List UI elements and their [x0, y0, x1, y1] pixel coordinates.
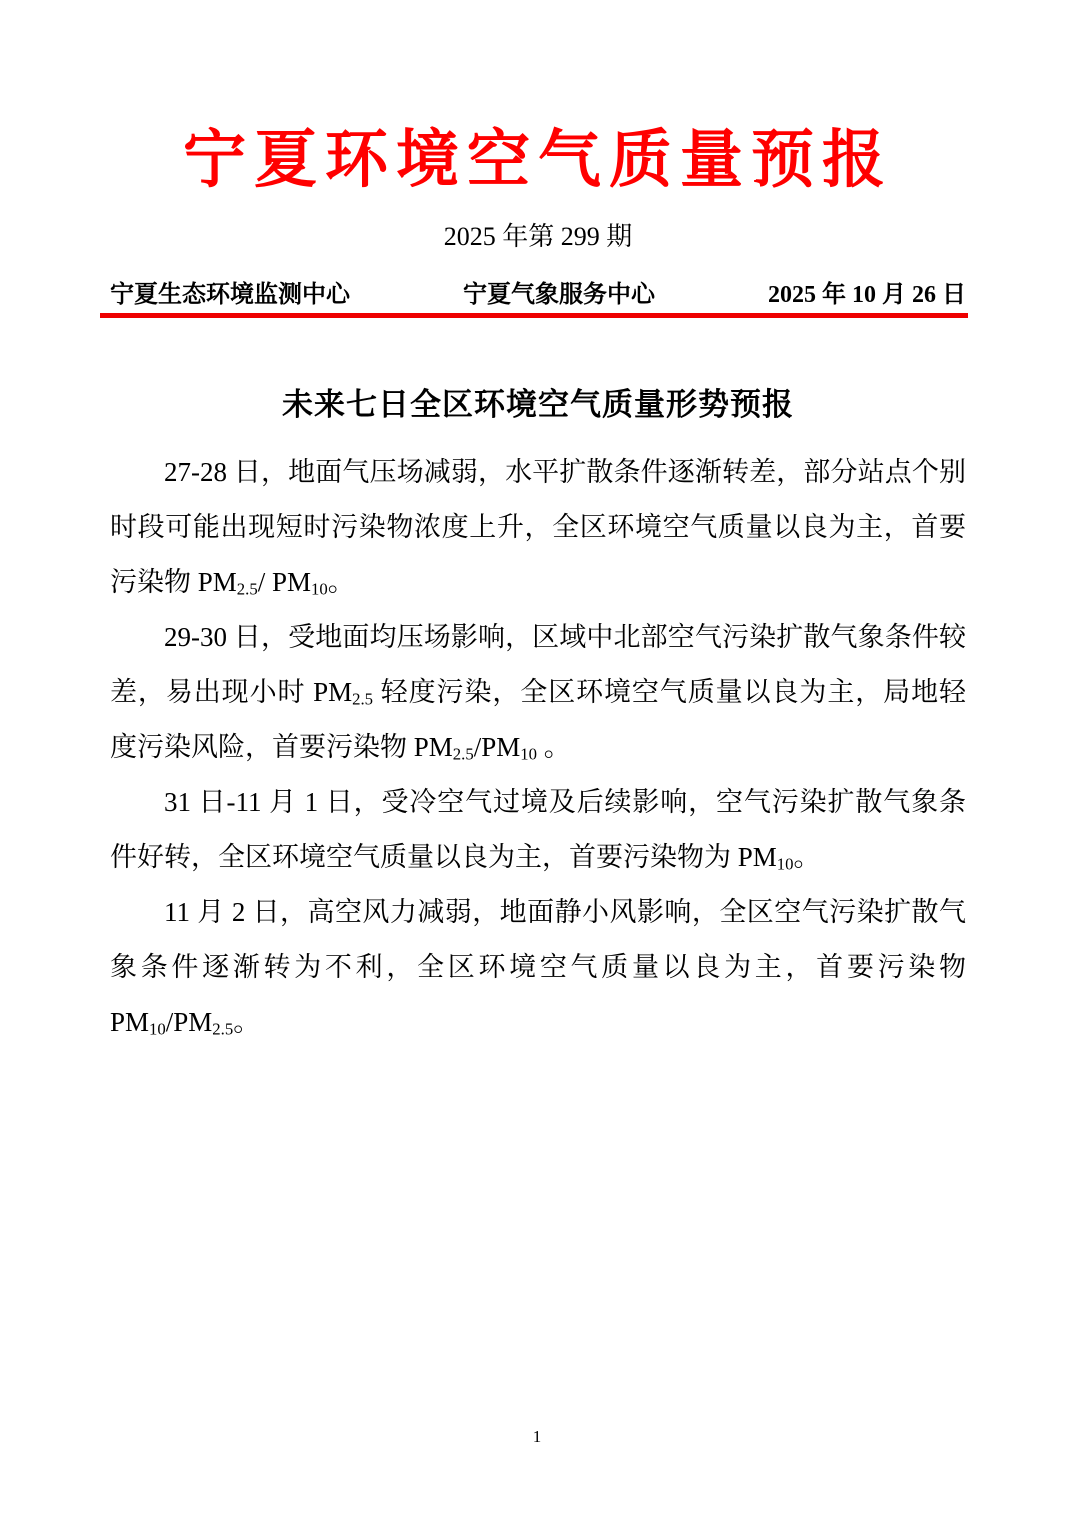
pollutant-subscript: 10 — [777, 855, 794, 874]
pollutant-subscript: 2.5 — [237, 580, 258, 599]
pollutant-subscript: 10 — [520, 745, 537, 764]
paragraph-text: 。 — [537, 732, 571, 762]
issue-number: 2025 年第 299 期 — [110, 220, 966, 254]
paragraph-text: 31 日-11 月 1 日，受冷空气过境及后续影响，空气污染扩散气象条件好转，全… — [110, 787, 966, 872]
paragraph-text: 。 — [233, 1007, 260, 1037]
masthead-org-center: 宁夏气象服务中心 — [463, 280, 655, 310]
pollutant-subscript: 2.5 — [352, 690, 373, 709]
document-page: { "document": { "title": "宁夏环境空气质量预报", "… — [0, 0, 1074, 1520]
paragraph-text: 27-28 日，地面气压场减弱，水平扩散条件逐渐转差，部分站点个别时段可能出现短… — [110, 457, 966, 597]
page-number: 1 — [0, 1426, 1074, 1448]
body-paragraphs: 27-28 日，地面气压场减弱，水平扩散条件逐渐转差，部分站点个别时段可能出现短… — [110, 445, 966, 1050]
section-title: 未来七日全区环境空气质量形势预报 — [110, 387, 966, 423]
paragraph-text: 。 — [794, 842, 821, 872]
page-content: 宁夏环境空气质量预报 2025 年第 299 期 宁夏生态环境监测中心 宁夏气象… — [110, 0, 966, 1050]
paragraph: 27-28 日，地面气压场减弱，水平扩散条件逐渐转差，部分站点个别时段可能出现短… — [110, 445, 966, 610]
masthead: 宁夏生态环境监测中心 宁夏气象服务中心 2025 年 10 月 26 日 — [110, 280, 966, 310]
masthead-date: 2025 年 10 月 26 日 — [768, 280, 966, 310]
paragraph-text: /PM — [166, 1007, 213, 1037]
pollutant-subscript: 10 — [149, 1020, 166, 1039]
red-divider — [100, 313, 968, 318]
paragraph-text: 。 — [328, 567, 355, 597]
masthead-org-left: 宁夏生态环境监测中心 — [110, 280, 350, 310]
pollutant-subscript: 10 — [311, 580, 328, 599]
paragraph: 11 月 2 日，高空风力减弱，地面静小风影响，全区空气污染扩散气象条件逐渐转为… — [110, 885, 966, 1050]
pollutant-subscript: 2.5 — [212, 1020, 233, 1039]
pollutant-subscript: 2.5 — [453, 745, 474, 764]
paragraph: 29-30 日，受地面均压场影响，区域中北部空气污染扩散气象条件较差，易出现小时… — [110, 610, 966, 775]
paragraph-text: / PM — [258, 567, 311, 597]
paragraph: 31 日-11 月 1 日，受冷空气过境及后续影响，空气污染扩散气象条件好转，全… — [110, 775, 966, 885]
document-title: 宁夏环境空气质量预报 — [110, 114, 966, 206]
paragraph-text: /PM — [474, 732, 521, 762]
